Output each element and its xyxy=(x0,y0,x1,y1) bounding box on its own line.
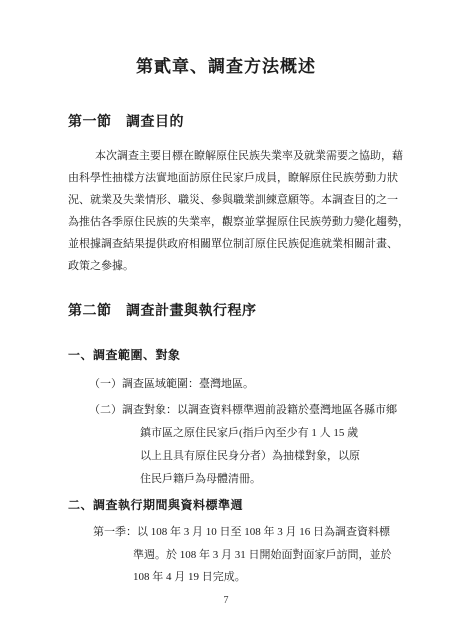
chapter-title: 第貳章、調查方法概述 xyxy=(0,52,452,77)
section-2-heading: 第二節 調查計畫與執行程序 xyxy=(68,300,257,320)
list-item-line: （一）調查區域範圍：臺灣地區。 xyxy=(89,373,254,396)
schedule-line: 準週。於 108 年 3 月 31 日開始面對面家戶訪問，並於 xyxy=(133,544,392,567)
paragraph-line: 並根據調查結果提供政府相關單位制訂原住民族促進就業相關計畫、 xyxy=(68,233,408,255)
document-page: 第貳章、調查方法概述 第一節 調查目的 本次調查主要目標在瞭解原住民族失業率及就… xyxy=(0,0,452,640)
paragraph-line: 況、就業及失業情形、職災、參與職業訓練意願等。本調查目的之一 xyxy=(68,189,408,211)
schedule-line: 108 年 4 月 19 日完成。 xyxy=(133,566,392,589)
list-item-line: 鎮市區之原住民家戶(指戶內至少有 1 人 15 歲 xyxy=(140,422,397,445)
list-item-line: （二）調查對象：以調查資料標準週前設籍於臺灣地區各縣市鄉 xyxy=(89,399,397,422)
schedule-line: 第一季：以 108 年 3 月 10 日至 108 年 3 月 16 日為調查資… xyxy=(93,521,392,544)
section-1-heading: 第一節 調查目的 xyxy=(68,111,184,131)
paragraph-line: 政策之參據。 xyxy=(68,255,408,277)
list-item-line: 住民戶籍戶為母體清冊。 xyxy=(140,468,397,491)
list-item-2: （二）調查對象：以調查資料標準週前設籍於臺灣地區各縣市鄉 鎮市區之原住民家戶(指… xyxy=(89,399,397,491)
paragraph-line: 本次調查主要目標在瞭解原住民族失業率及就業需要之協助，藉 xyxy=(68,145,408,167)
section-1-paragraph: 本次調查主要目標在瞭解原住民族失業率及就業需要之協助，藉 由科學性抽樣方法實地面… xyxy=(68,145,408,277)
list-item-line: 以上且具有原住民身分者）為抽樣對象，以原 xyxy=(140,445,397,468)
subsection-2-heading: 二、調查執行期間與資料標準週 xyxy=(68,496,243,513)
subsection-1-heading: 一、調查範圍、對象 xyxy=(68,346,181,363)
page-number: 7 xyxy=(0,595,452,606)
list-item-1: （一）調查區域範圍：臺灣地區。 xyxy=(89,373,254,396)
quarter-1-schedule: 第一季：以 108 年 3 月 10 日至 108 年 3 月 16 日為調查資… xyxy=(93,521,392,589)
paragraph-line: 為推估各季原住民族的失業率，觀察並掌握原住民族勞動力變化趨勢， xyxy=(68,211,408,233)
paragraph-line: 由科學性抽樣方法實地面訪原住民家戶成員，瞭解原住民族勞動力狀 xyxy=(68,167,408,189)
